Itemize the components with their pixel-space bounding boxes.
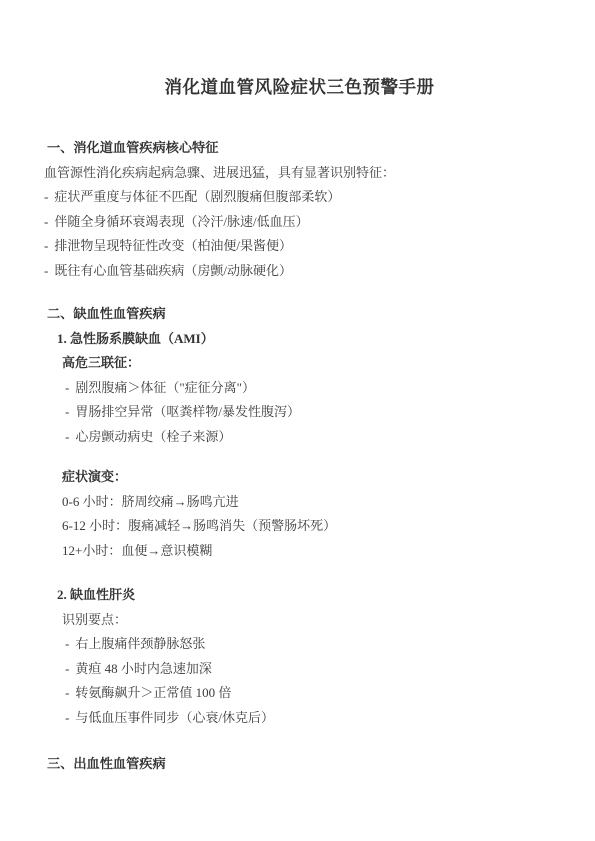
evolution-line: 12+小时：血便→意识模糊 [44,539,555,564]
bullet-text: 转氨酶飙升＞正常值 100 倍 [75,685,231,700]
subsection-heading-ami: 1. 急性肠系膜缺血（AMI） [44,327,555,352]
section-heading-core: 一、消化道血管疾病核心特征 [44,136,555,161]
bullet-dash: - [65,657,69,682]
doc-title: 消化道血管风险症状三色预警手册 [44,72,555,102]
bullet-dash: - [65,706,69,731]
bullet-item: -与低血压事件同步（心衰/休克后） [44,706,555,731]
bullet-item: -排泄物呈现特征性改变（柏油便/果酱便） [44,234,555,259]
section-ischemic-diseases: 二、缺血性血管疾病 1. 急性肠系膜缺血（AMI） 高危三联征： -剧烈腹痛＞体… [44,302,555,730]
bullet-dash: - [44,259,48,284]
bullet-text: 既往有心血管基础疾病（房颤/动脉硬化） [54,263,292,278]
section-heading-ischemic: 二、缺血性血管疾病 [44,302,555,327]
bullet-text: 症状严重度与体征不匹配（剧烈腹痛但腹部柔软） [54,189,340,204]
bullet-text: 黄疸 48 小时内急速加深 [75,661,212,676]
evolution-heading: 症状演变： [44,465,555,490]
intro-paragraph: 血管源性消化疾病起病急骤、进展迅猛，具有显著识别特征： [44,161,555,186]
bullet-dash: - [65,376,69,401]
evolution-line: 6-12 小时：腹痛减轻→肠鸣消失（预警肠坏死） [44,514,555,539]
points-heading: 识别要点： [44,608,555,633]
bullet-item: -伴随全身循环衰竭表现（冷汗/脉速/低血压） [44,210,555,235]
bullet-item: -黄疸 48 小时内急速加深 [44,657,555,682]
section-heading-hemorrhagic: 三、出血性血管疾病 [44,752,555,777]
bullet-item: -症状严重度与体征不匹配（剧烈腹痛但腹部柔软） [44,185,555,210]
bullet-text: 伴随全身循环衰竭表现（冷汗/脉速/低血压） [54,214,308,229]
bullet-dash: - [44,210,48,235]
bullet-dash: - [65,632,69,657]
bullet-text: 与低血压事件同步（心衰/休克后） [75,710,274,725]
section-core-features: 一、消化道血管疾病核心特征 血管源性消化疾病起病急骤、进展迅猛，具有显著识别特征… [44,136,555,283]
bullet-dash: - [65,681,69,706]
bullet-item: -右上腹痛伴颈静脉怒张 [44,632,555,657]
subsection-heading-hepatitis: 2. 缺血性肝炎 [44,583,555,608]
bullet-item: -胃肠排空异常（呕粪样物/暴发性腹泻） [44,400,555,425]
document-page: 消化道血管风险症状三色预警手册 一、消化道血管疾病核心特征 血管源性消化疾病起病… [0,0,595,841]
bullet-item: -转氨酶飙升＞正常值 100 倍 [44,681,555,706]
bullet-dash: - [65,425,69,450]
bullet-item: -既往有心血管基础疾病（房颤/动脉硬化） [44,259,555,284]
section-hemorrhagic-diseases: 三、出血性血管疾病 [44,752,555,777]
bullet-text: 胃肠排空异常（呕粪样物/暴发性腹泻） [75,404,300,419]
evolution-line: 0-6 小时：脐周绞痛→肠鸣亢进 [44,490,555,515]
triad-heading: 高危三联征： [44,351,555,376]
bullet-dash: - [65,400,69,425]
bullet-item: -心房颤动病史（栓子来源） [44,425,555,450]
bullet-item: -剧烈腹痛＞体征（"症征分离"） [44,376,555,401]
bullet-text: 排泄物呈现特征性改变（柏油便/果酱便） [54,238,292,253]
bullet-text: 心房颤动病史（栓子来源） [75,429,231,444]
bullet-text: 剧烈腹痛＞体征（"症征分离"） [75,380,255,395]
bullet-dash: - [44,185,48,210]
bullet-dash: - [44,234,48,259]
bullet-text: 右上腹痛伴颈静脉怒张 [75,636,205,651]
